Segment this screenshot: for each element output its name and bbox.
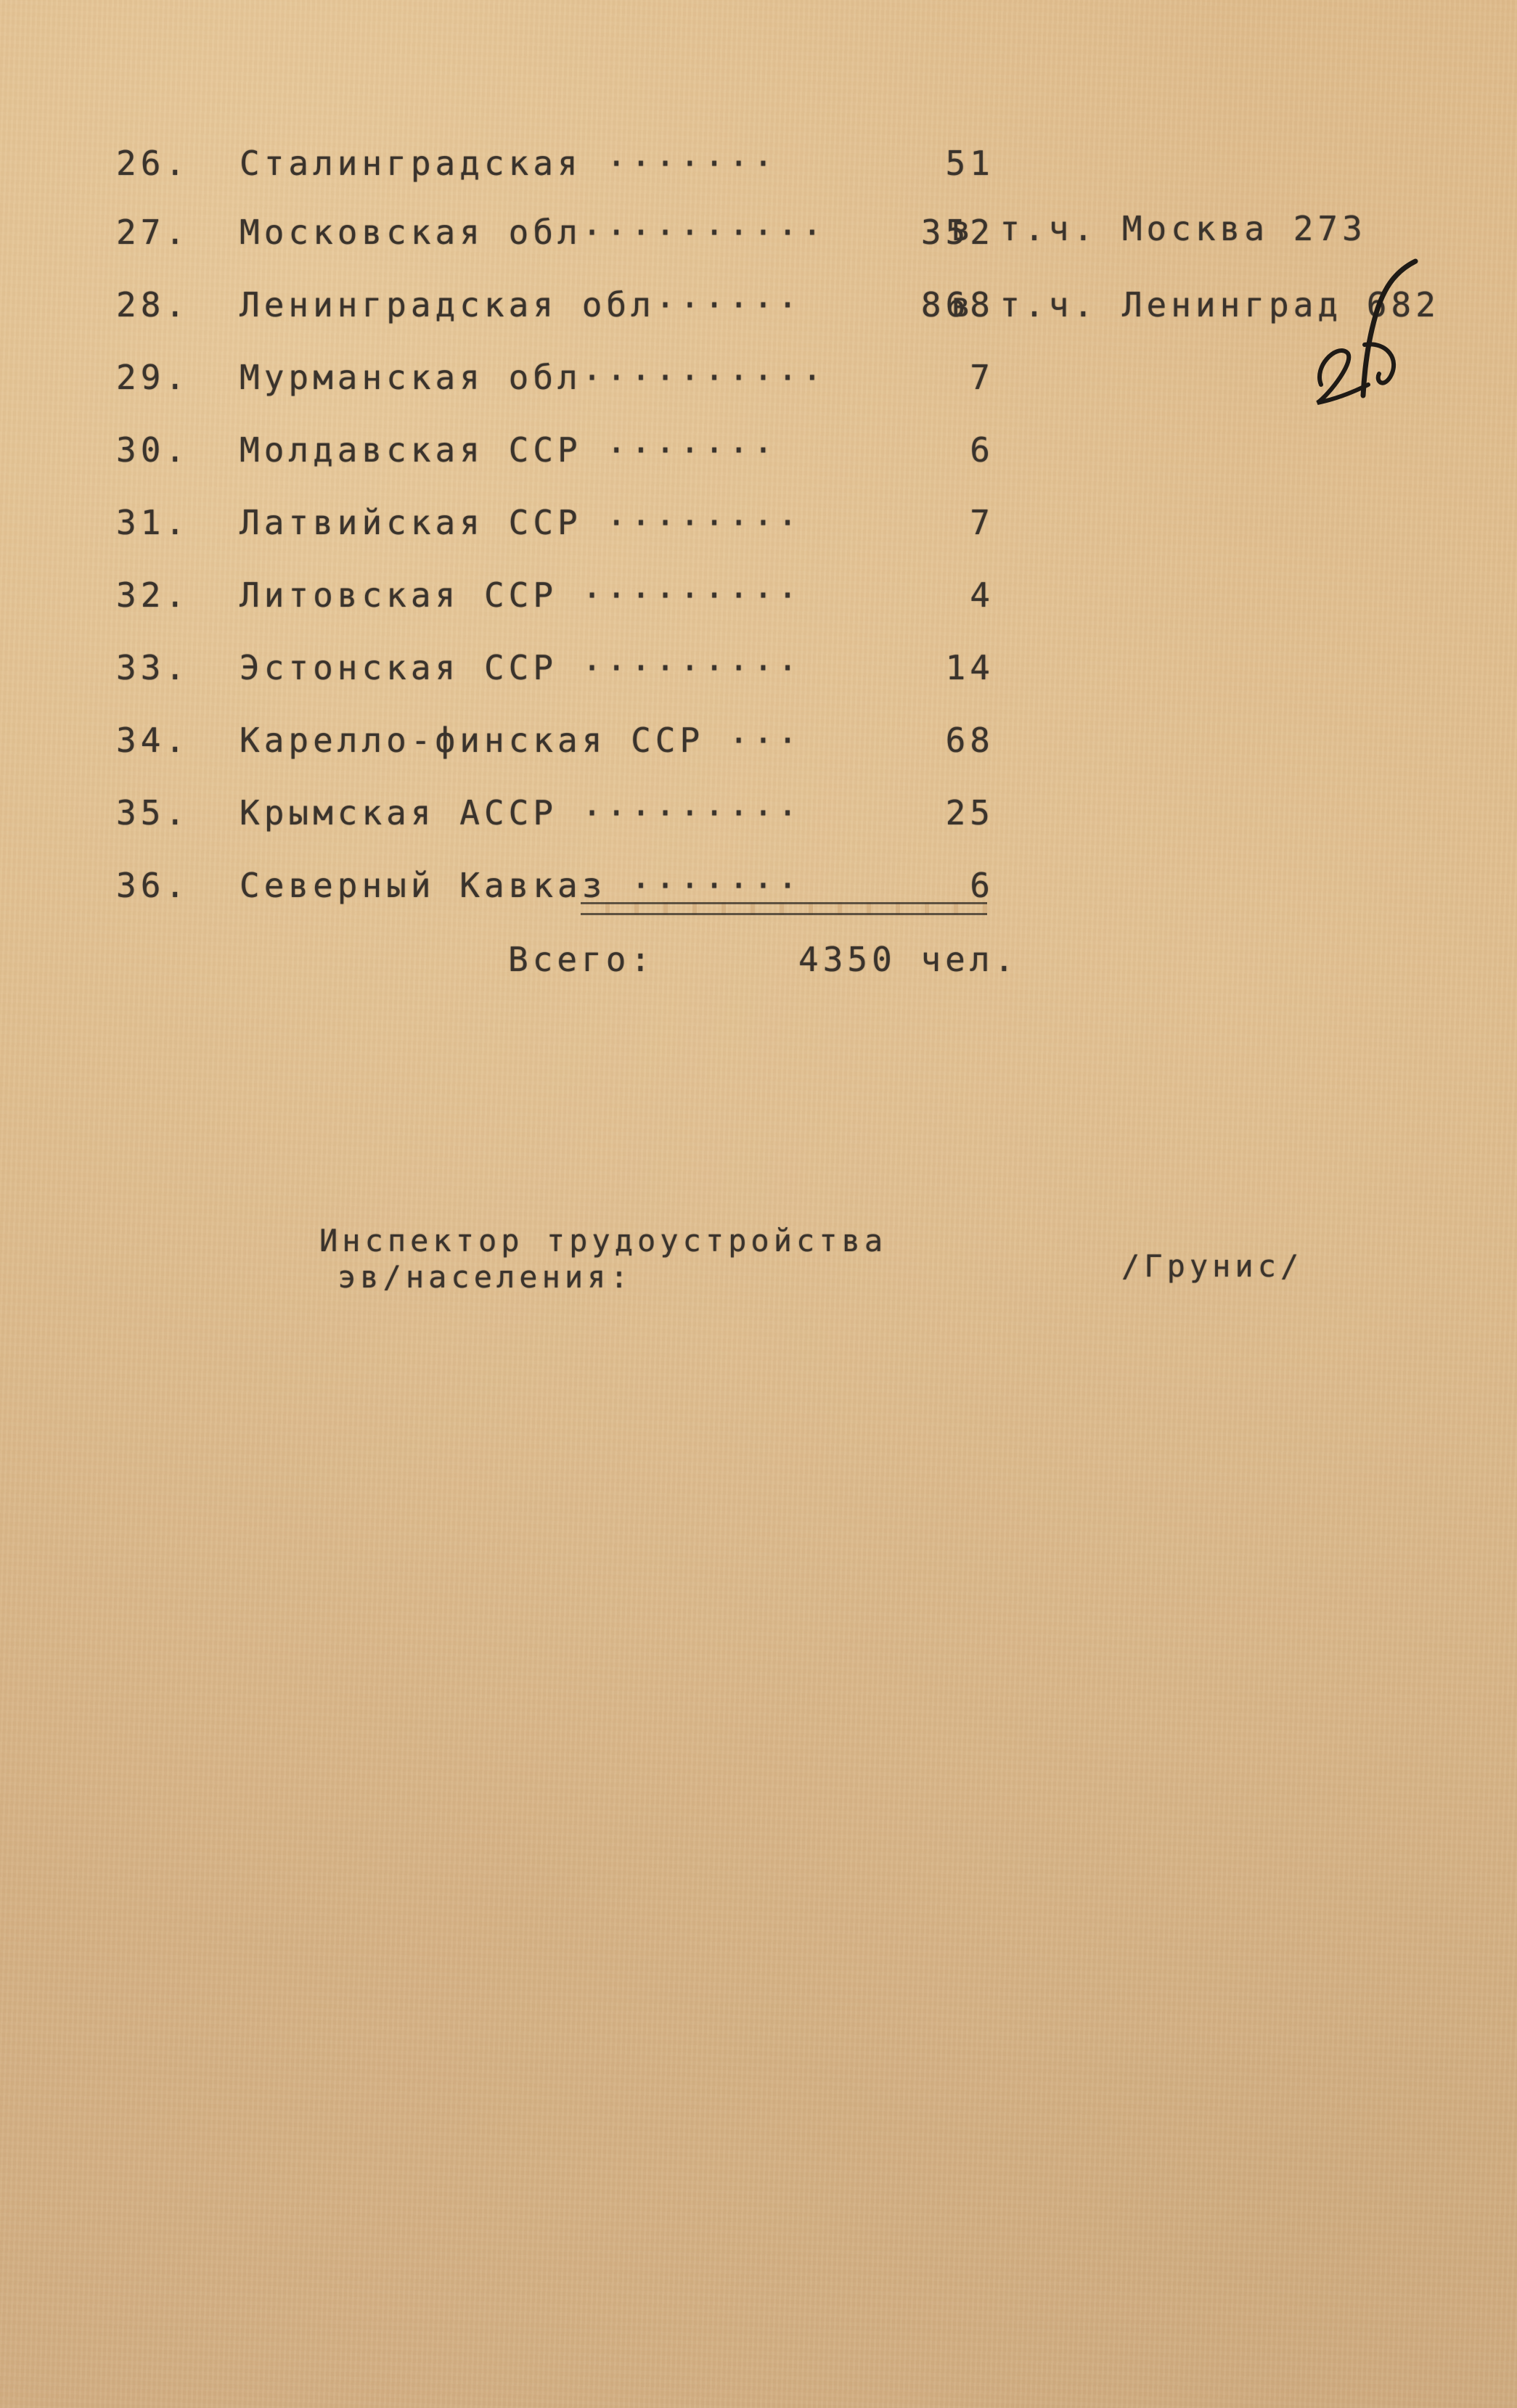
region-label: Мурманская обл·········· [240, 356, 827, 399]
row-number: 26. [116, 142, 203, 185]
total-divider [581, 902, 987, 915]
region-count: 6 [813, 864, 994, 907]
region-label: Карелло-финская ССР ··· [240, 718, 802, 762]
region-count: 14 [813, 646, 994, 689]
moscow-note: в т.ч. Москва 273 [951, 207, 1367, 250]
signatory-title: Инспектор трудоустройства [319, 1223, 887, 1259]
row-number: 30. [116, 428, 203, 472]
row-number: 29. [116, 356, 203, 399]
region-count: 7 [813, 501, 994, 544]
region-count: 4 [813, 573, 994, 617]
region-count: 25 [813, 791, 994, 835]
region-count: 51 [813, 142, 994, 185]
row-number: 27. [116, 210, 203, 254]
region-label: Северный Кавказ ······· [240, 864, 802, 907]
region-label: Сталинградская ······· [240, 142, 777, 185]
region-count: 6 [813, 428, 994, 472]
region-label: Московская обл·········· [240, 210, 827, 254]
region-label: Крымская АССР ········· [240, 791, 802, 835]
region-count: 7 [813, 356, 994, 399]
row-number: 28. [116, 283, 203, 327]
region-label: Латвийская ССР ········ [240, 501, 802, 544]
row-number: 35. [116, 791, 203, 835]
row-number: 32. [116, 573, 203, 617]
region-count: 68 [813, 718, 994, 762]
row-number: 34. [116, 718, 203, 762]
region-label: Молдавская ССР ······· [240, 428, 777, 472]
row-number: 33. [116, 646, 203, 689]
total-label: Всего: [508, 938, 655, 981]
region-label: Литовская ССР ········· [240, 573, 802, 617]
row-number: 31. [116, 501, 203, 544]
region-label: Ленинградская обл······ [240, 283, 802, 327]
region-label: Эстонская ССР ········· [240, 646, 802, 689]
signatory-name: /Грунис/ [1121, 1248, 1303, 1285]
handwritten-folio-number [1307, 258, 1423, 417]
total-value: 4350 чел. [798, 938, 1018, 981]
signatory-subtitle: эв/населения: [338, 1259, 633, 1295]
row-number: 36. [116, 864, 203, 907]
